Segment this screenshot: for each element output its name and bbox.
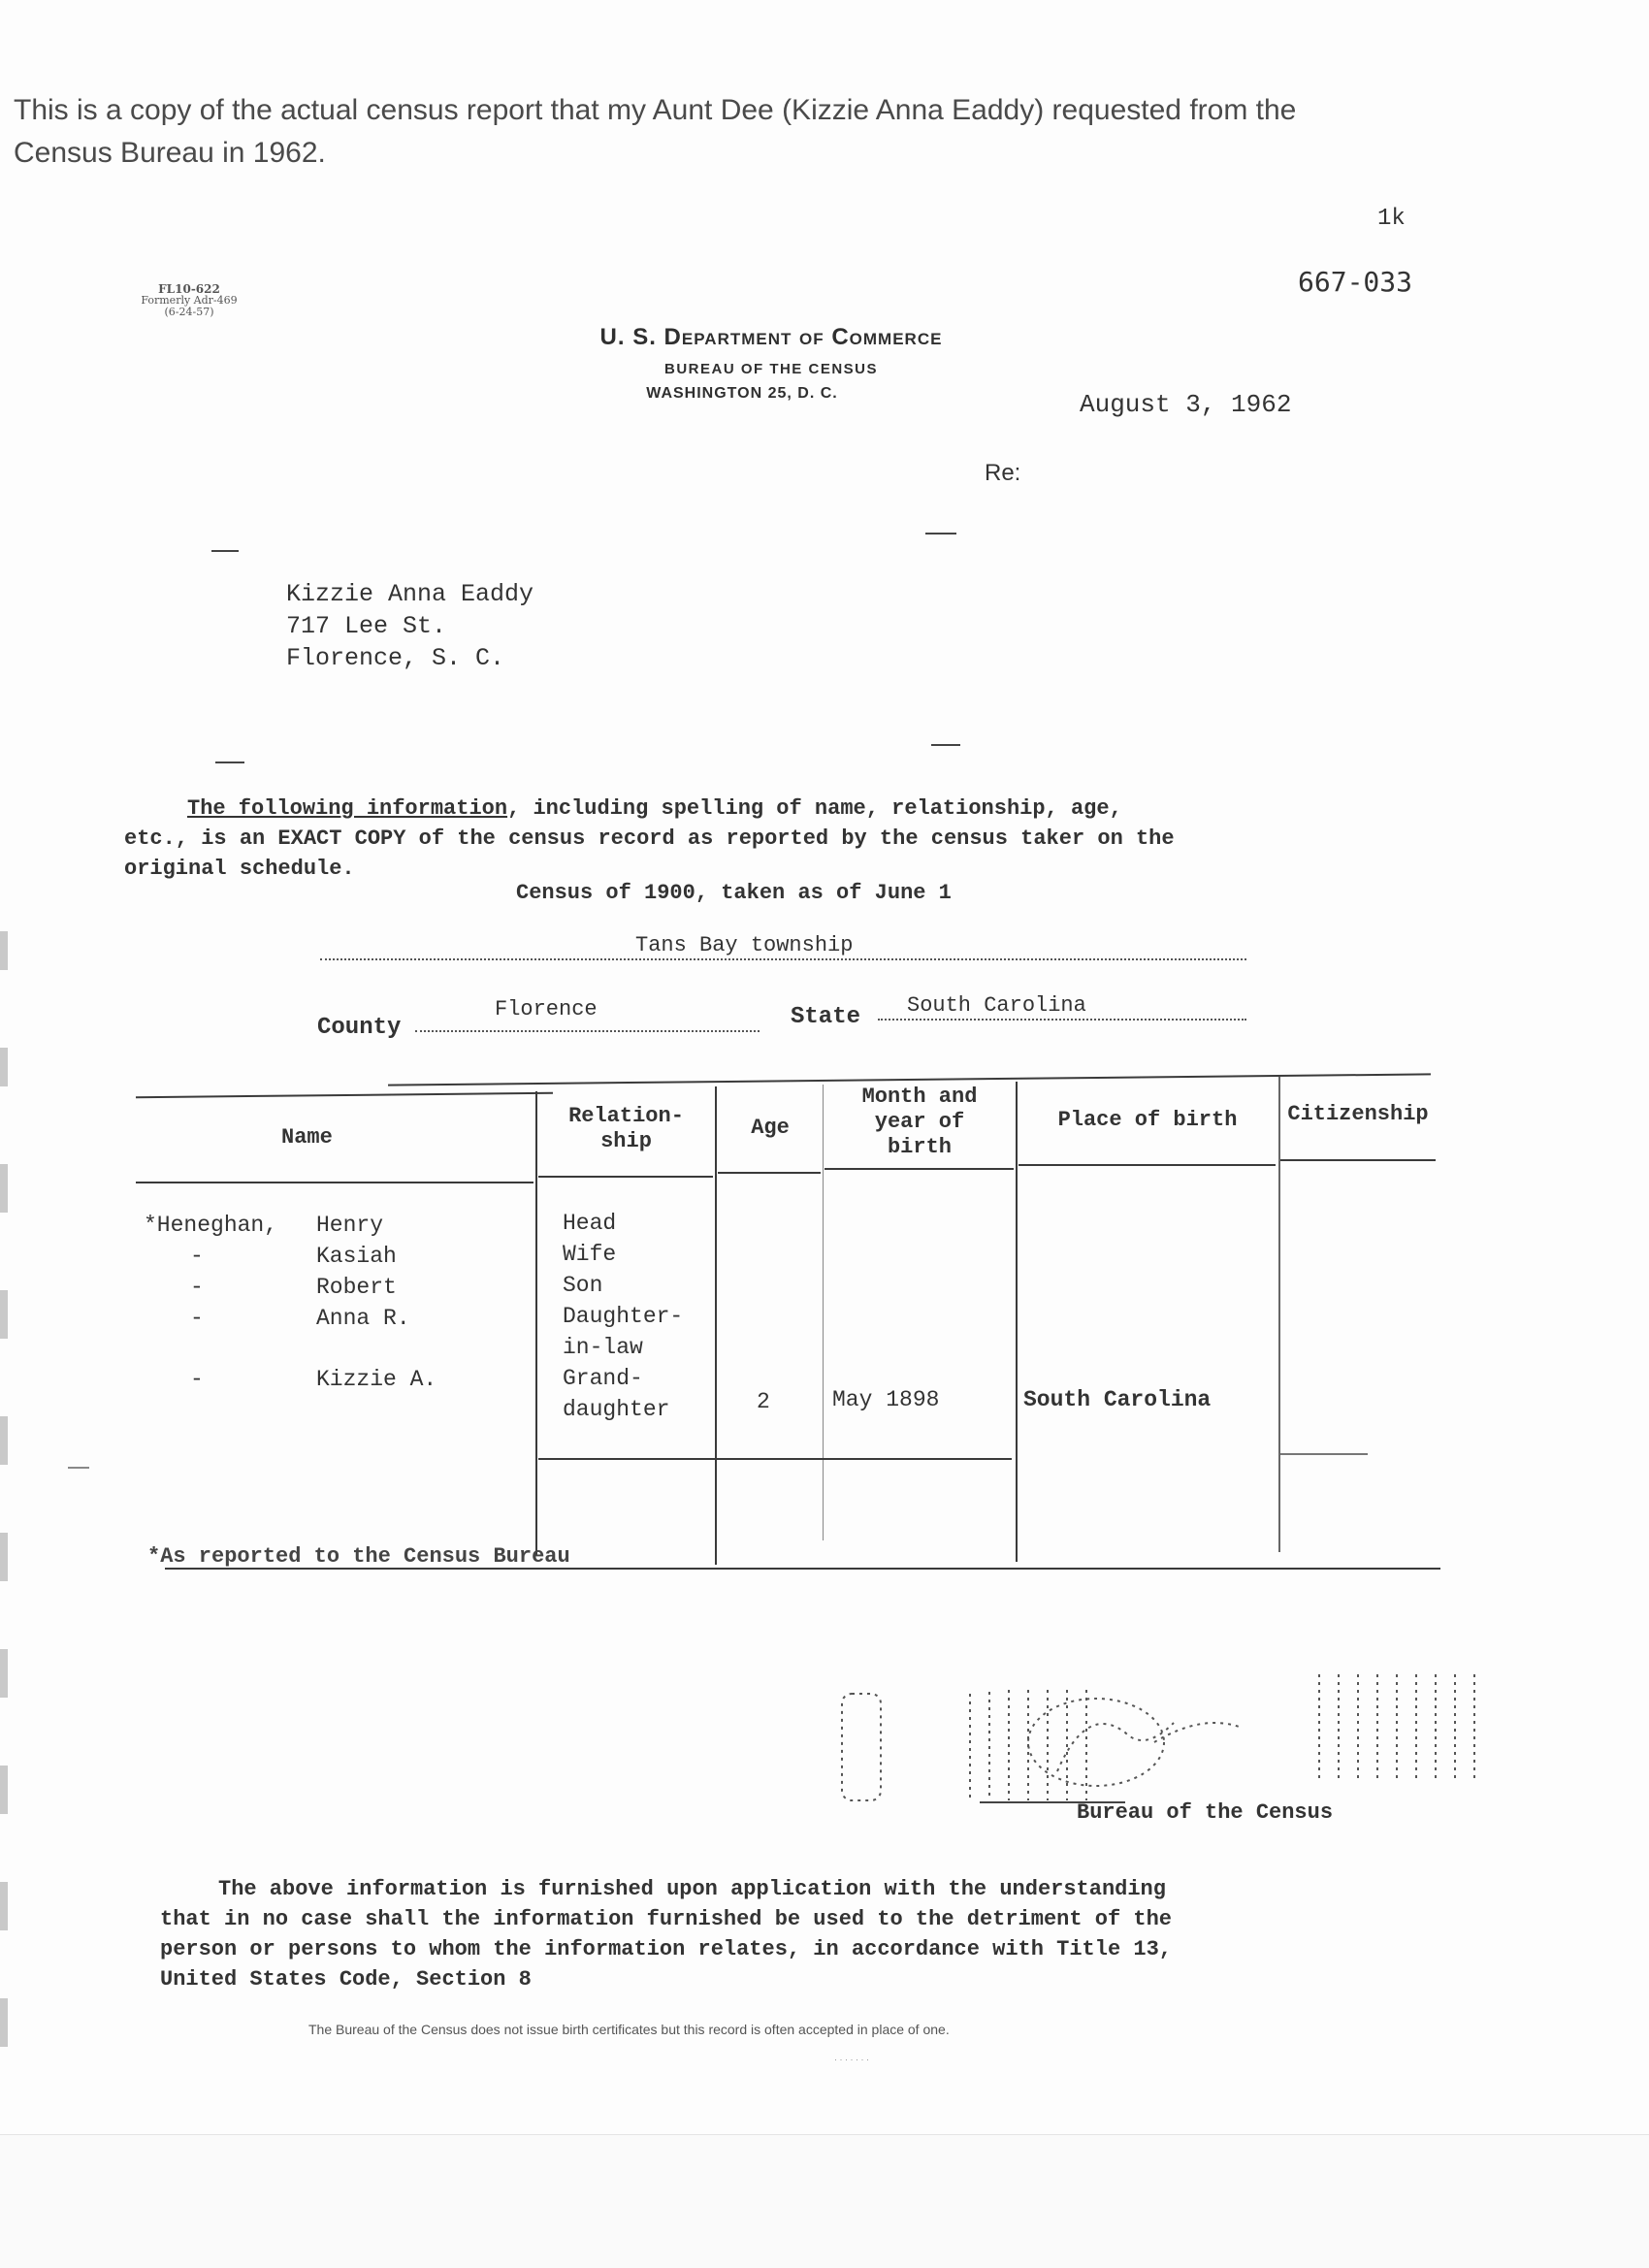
township: Tans Bay township	[635, 933, 853, 957]
relationship-cell: in-law	[563, 1332, 683, 1363]
signature-label: Bureau of the Census	[1077, 1800, 1333, 1825]
header-rule	[538, 1176, 713, 1178]
state-line	[878, 1019, 1246, 1021]
intro-paragraph: The following information, including spe…	[124, 794, 1424, 884]
table-top-rule	[136, 1092, 553, 1099]
form-date: (6-24-57)	[97, 307, 281, 318]
relationship-cell: Wife	[563, 1239, 683, 1270]
state-label: State	[791, 1004, 860, 1030]
annotation-line-2: Census Bureau in 1962.	[14, 132, 1527, 175]
binder-mark	[0, 1164, 8, 1213]
township-line	[320, 958, 1246, 960]
disclaimer-line-1: The above information is furnished upon …	[160, 1874, 1440, 1904]
header-relationship-line-2: ship	[541, 1129, 711, 1154]
birth-certificate-note: The Bureau of the Census does not issue …	[308, 2022, 950, 2037]
binder-mark	[0, 1649, 8, 1698]
place-cell: South Carolina	[1023, 1384, 1211, 1415]
official-seal-stamp-icon	[834, 1665, 1494, 1810]
bureau-name: BUREAU OF THE CENSUS	[529, 361, 1014, 377]
given-name-cell: Kasiah	[316, 1241, 410, 1272]
intro-line-2: etc., is an EXACT COPY of the census rec…	[124, 824, 1424, 854]
intro-underlined: The following information	[187, 796, 507, 821]
relationship-cell: Son	[563, 1270, 683, 1301]
annotation-line-1: This is a copy of the actual census repo…	[14, 89, 1527, 132]
relationship-cell: Daughter-	[563, 1301, 683, 1332]
surname-cell: -	[190, 1272, 204, 1303]
disclaimer-line-2: that in no case shall the information fu…	[160, 1904, 1440, 1934]
state-value: South Carolina	[907, 993, 1086, 1018]
age-cell: 2	[757, 1386, 770, 1417]
given-name-cell: Kizzie A.	[316, 1364, 436, 1395]
faint-marks: · · · · · · ·	[834, 2055, 869, 2064]
header-relationship: Relation- ship	[541, 1104, 711, 1154]
header-rule	[824, 1168, 1014, 1170]
reference-code-1: 1k	[1377, 206, 1406, 232]
header-place: Place of birth	[1020, 1108, 1275, 1133]
birth-cell: May 1898	[832, 1384, 939, 1415]
header-citizenship: Citizenship	[1271, 1102, 1445, 1127]
binder-mark	[0, 931, 8, 970]
row-rule	[1280, 1453, 1368, 1455]
intro-line-1: , including spelling of name, relationsh…	[507, 796, 1122, 821]
relationship-column: Head Wife Son Daughter- in-law Grand- da…	[563, 1208, 683, 1425]
column-divider	[1278, 1077, 1280, 1552]
header-name: Name	[281, 1125, 333, 1150]
table-row: - - -	[190, 1241, 204, 1334]
recipient-city: Florence, S. C.	[286, 642, 533, 674]
relationship-cell: daughter	[563, 1394, 683, 1425]
window-mark	[211, 550, 239, 552]
form-identifier: FL10-622 Formerly Adr-469 (6-24-57)	[97, 283, 281, 318]
table-row: *Heneghan,	[144, 1210, 277, 1241]
window-mark	[931, 744, 960, 746]
header-age: Age	[720, 1116, 821, 1141]
recipient-address: Kizzie Anna Eaddy 717 Lee St. Florence, …	[286, 578, 533, 674]
header-rule	[136, 1182, 533, 1183]
surname-cell: -	[190, 1364, 204, 1395]
header-birth: Month and year of birth	[826, 1085, 1013, 1160]
given-names-column: Henry Kasiah Robert Anna R.	[316, 1210, 410, 1334]
letterhead: U. S. Department of Commerce BUREAU OF T…	[529, 324, 1014, 403]
header-birth-line-1: Month and	[826, 1085, 1013, 1110]
table-row: -	[190, 1364, 204, 1395]
given-name-cell: Henry	[316, 1210, 410, 1241]
column-divider	[1016, 1082, 1018, 1562]
county-label: County	[317, 1015, 401, 1041]
binder-mark	[0, 1048, 8, 1086]
recipient-street: 717 Lee St.	[286, 610, 533, 642]
surname-cell: -	[190, 1303, 204, 1334]
header-rule	[718, 1172, 821, 1174]
footnote: *As reported to the Census Bureau	[147, 1544, 570, 1569]
binder-mark	[0, 1416, 8, 1465]
column-divider	[823, 1085, 824, 1540]
header-rule	[1018, 1164, 1276, 1166]
row-rule	[68, 1467, 89, 1469]
relationship-cell: Head	[563, 1208, 683, 1239]
department-name: U. S. Department of Commerce	[529, 324, 1014, 351]
column-divider	[715, 1086, 717, 1565]
scan-bottom-margin	[0, 2134, 1649, 2268]
window-mark	[925, 533, 956, 535]
header-birth-line-2: year of	[826, 1110, 1013, 1135]
county-value: Florence	[495, 997, 598, 1021]
column-divider	[535, 1091, 537, 1555]
letter-date: August 3, 1962	[1080, 390, 1291, 419]
disclaimer-paragraph: The above information is furnished upon …	[160, 1874, 1440, 1994]
re-label: Re:	[985, 460, 1020, 487]
county-line	[415, 1030, 760, 1032]
header-relationship-line-1: Relation-	[541, 1104, 711, 1129]
header-rule	[1280, 1159, 1436, 1161]
binder-mark	[0, 1882, 8, 1930]
given-name-cell: Anna R.	[316, 1303, 410, 1334]
binder-mark	[0, 1766, 8, 1814]
disclaimer-line-4: United States Code, Section 8	[160, 1964, 1440, 1994]
scan-edge	[0, 2134, 1649, 2135]
intro-line-3: original schedule.	[124, 854, 1424, 884]
surname-cell: *Heneghan,	[144, 1210, 277, 1241]
disclaimer-line-3: person or persons to whom the informatio…	[160, 1934, 1440, 1964]
row-rule	[538, 1458, 1012, 1460]
bureau-address: WASHINGTON 25, D. C.	[470, 385, 1014, 403]
binder-mark	[0, 1290, 8, 1339]
header-birth-line-3: birth	[826, 1135, 1013, 1160]
given-name-cell: Robert	[316, 1272, 410, 1303]
recipient-name: Kizzie Anna Eaddy	[286, 578, 533, 610]
relationship-cell: Grand-	[563, 1363, 683, 1394]
surname-cell: -	[190, 1241, 204, 1272]
reference-code-2: 667-033	[1298, 266, 1412, 298]
annotation-note: This is a copy of the actual census repo…	[14, 89, 1527, 175]
binder-mark	[0, 1998, 8, 2047]
binder-mark	[0, 1533, 8, 1581]
census-title: Census of 1900, taken as of June 1	[516, 881, 952, 905]
window-mark	[215, 761, 244, 763]
